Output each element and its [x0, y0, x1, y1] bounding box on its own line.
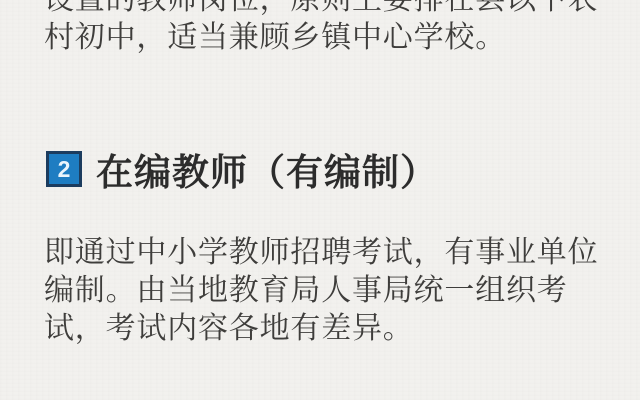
- poster-page: 设置的教师岗位，原则上要排在县以下农 村初中，适当兼顾乡镇中心学校。 2 在编教…: [0, 0, 640, 400]
- paragraph-top-line-2: 村初中，适当兼顾乡镇中心学校。: [44, 19, 598, 57]
- section-header: 2 在编教师（有编制）: [46, 148, 438, 190]
- paragraph-body-line-1: 即通过中小学教师招聘考试，有事业单位: [44, 234, 598, 272]
- section-title: 在编教师（有编制）: [96, 142, 438, 196]
- paragraph-body-line-2: 编制。由当地教育局人事局统一组织考: [44, 272, 598, 310]
- paragraph-body: 即通过中小学教师招聘考试，有事业单位 编制。由当地教育局人事局统一组织考 试，考…: [44, 234, 598, 348]
- section-number-badge: 2: [46, 151, 82, 187]
- paragraph-top: 设置的教师岗位，原则上要排在县以下农 村初中，适当兼顾乡镇中心学校。: [44, 0, 598, 57]
- paragraph-body-line-3: 试，考试内容各地有差异。: [44, 310, 598, 348]
- paragraph-top-line-1: 设置的教师岗位，原则上要排在县以下农: [44, 0, 598, 19]
- section-number: 2: [58, 158, 71, 181]
